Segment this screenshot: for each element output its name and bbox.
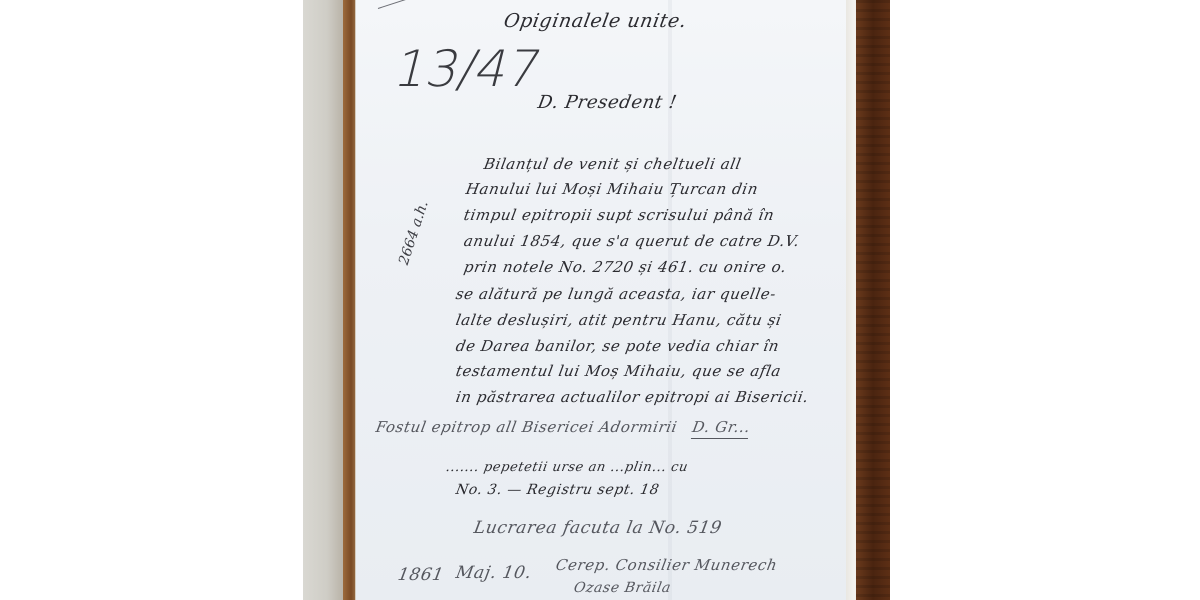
salutation: D. Presedent ! [536,92,679,113]
body-line: prin notele No. 2720 și 461. cu onire o. [462,258,788,276]
footer-date: Maj. 10. [454,563,533,583]
body-line: de Darea banilor, se pote vedia chiar în [454,337,780,355]
footer-note: Cerep. Consilier Munerech [554,556,778,574]
body-line: Bilanțul de venit și cheltueli all [482,155,742,173]
signature: D. Gr... [690,418,751,439]
body-line: Hanului lui Moși Mihaiu Țurcan din [464,180,759,198]
body-line: anului 1854, que s'a querut de catre D.V… [462,232,801,250]
body-line: testamentul lui Moș Mihaiu, que se afla [454,362,782,380]
body-line: in păstrarea actualilor epitropi ai Bise… [454,388,810,406]
wooden-surface [856,0,890,600]
body-line: lalte deslușiri, atit pentru Hanu, cătu … [454,311,783,329]
annotation-line: Lucrarea facuta la No. 519 [472,518,723,538]
margin-note: 2664 a.h. [396,199,432,267]
document-photograph: Opiginalele unite. 13/47 D. Presedent ! … [303,0,890,600]
backdrop-shadow [303,0,343,600]
signature-line: Fostul epitrop all Bisericei Adormirii D… [374,418,751,436]
manuscript-page: Opiginalele unite. 13/47 D. Presedent ! … [355,0,856,600]
annotation-line: ....... pepetetii urse an ...plin... cu [445,460,690,475]
reference-number: 13/47 [389,40,548,98]
document-title: Opiginalele unite. [502,10,688,32]
corner-pen-stroke [378,0,407,9]
body-line: timpul epitropii supt scrisului până în [462,206,776,224]
signature-title: Fostul epitrop all Bisericei Adormirii [374,418,678,436]
body-line: se alătură pe lungă aceasta, iar quelle- [454,285,777,303]
footer-note: Ozase Brăila [573,580,673,596]
footer-year: 1861 [396,565,445,585]
annotation-line: No. 3. — Registru sept. 18 [455,482,661,498]
